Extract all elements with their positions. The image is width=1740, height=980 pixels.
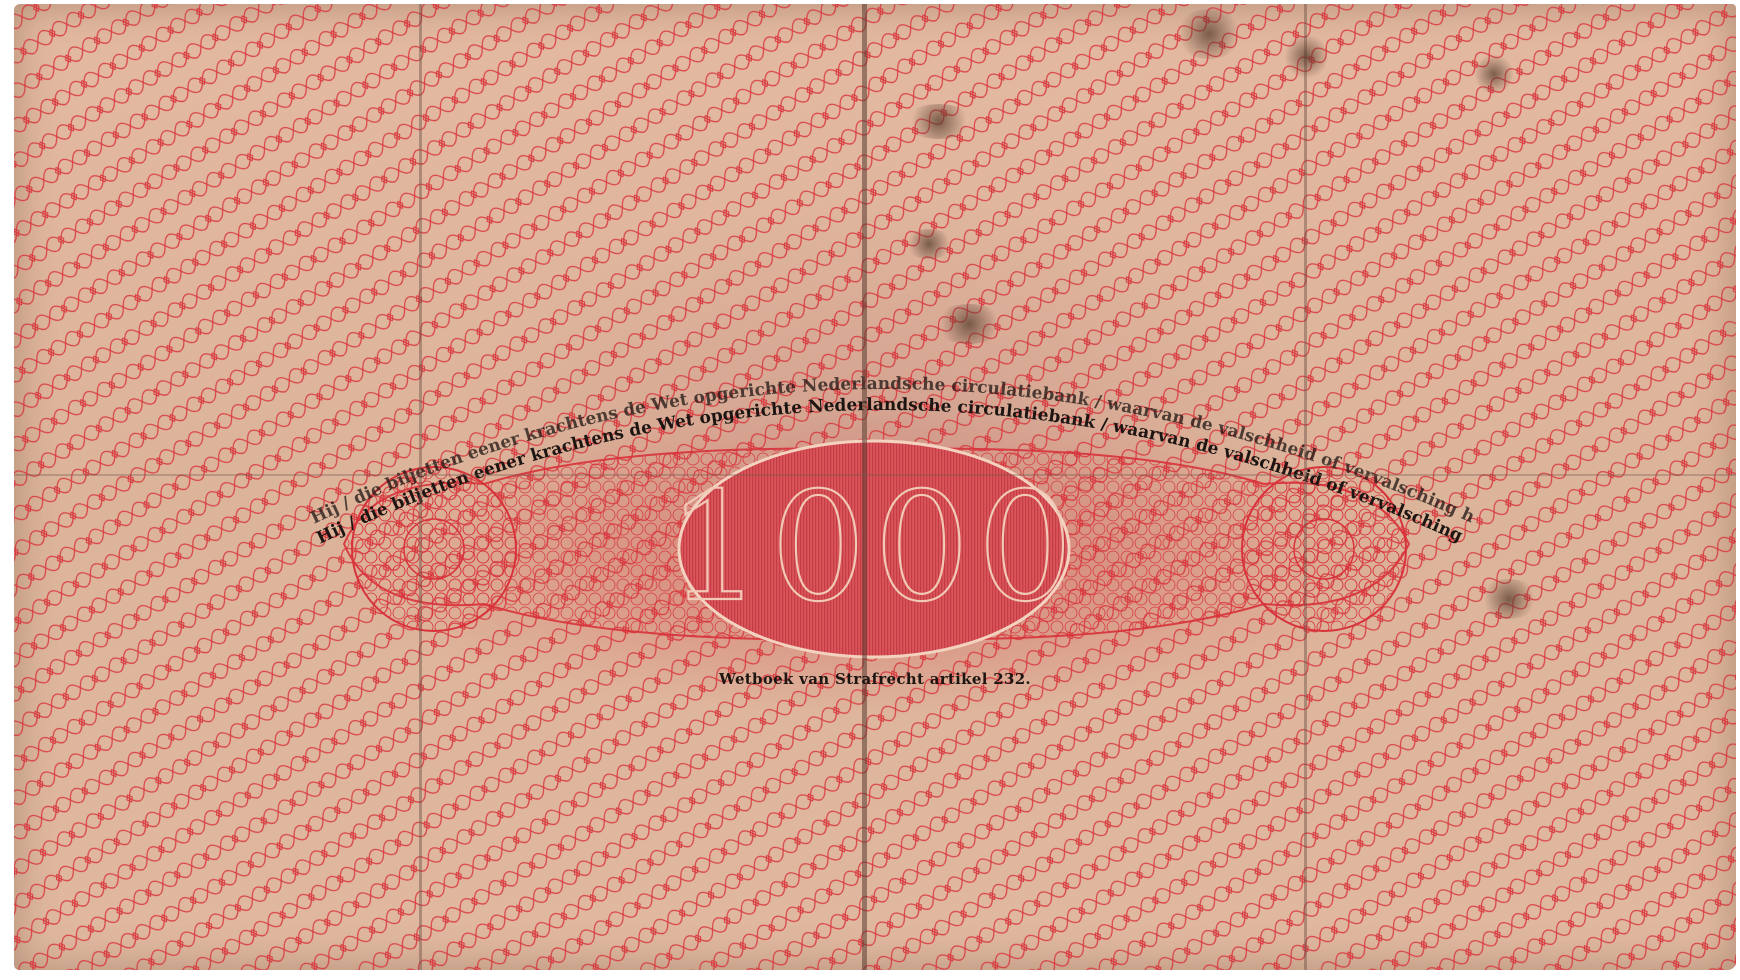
denomination-numeral: 1000 [667,461,1081,635]
stain [934,304,1004,344]
banknote-back: 1000 Hij / die biljetten eener krachtens… [14,4,1736,970]
fold-line [419,4,422,970]
stain [904,229,954,259]
stain [1474,54,1514,94]
law-reference: Wetboek van Strafrecht artikel 232. [14,670,1736,688]
guilloche-pattern: 1000 Hij / die biljetten eener krachtens… [14,4,1736,970]
fold-line-horizontal [14,474,1736,476]
stain [1174,9,1244,59]
stain [1284,34,1329,79]
fold-line [1304,4,1307,970]
fold-line-center [862,4,867,970]
stain [904,104,974,139]
stain [1479,579,1539,619]
